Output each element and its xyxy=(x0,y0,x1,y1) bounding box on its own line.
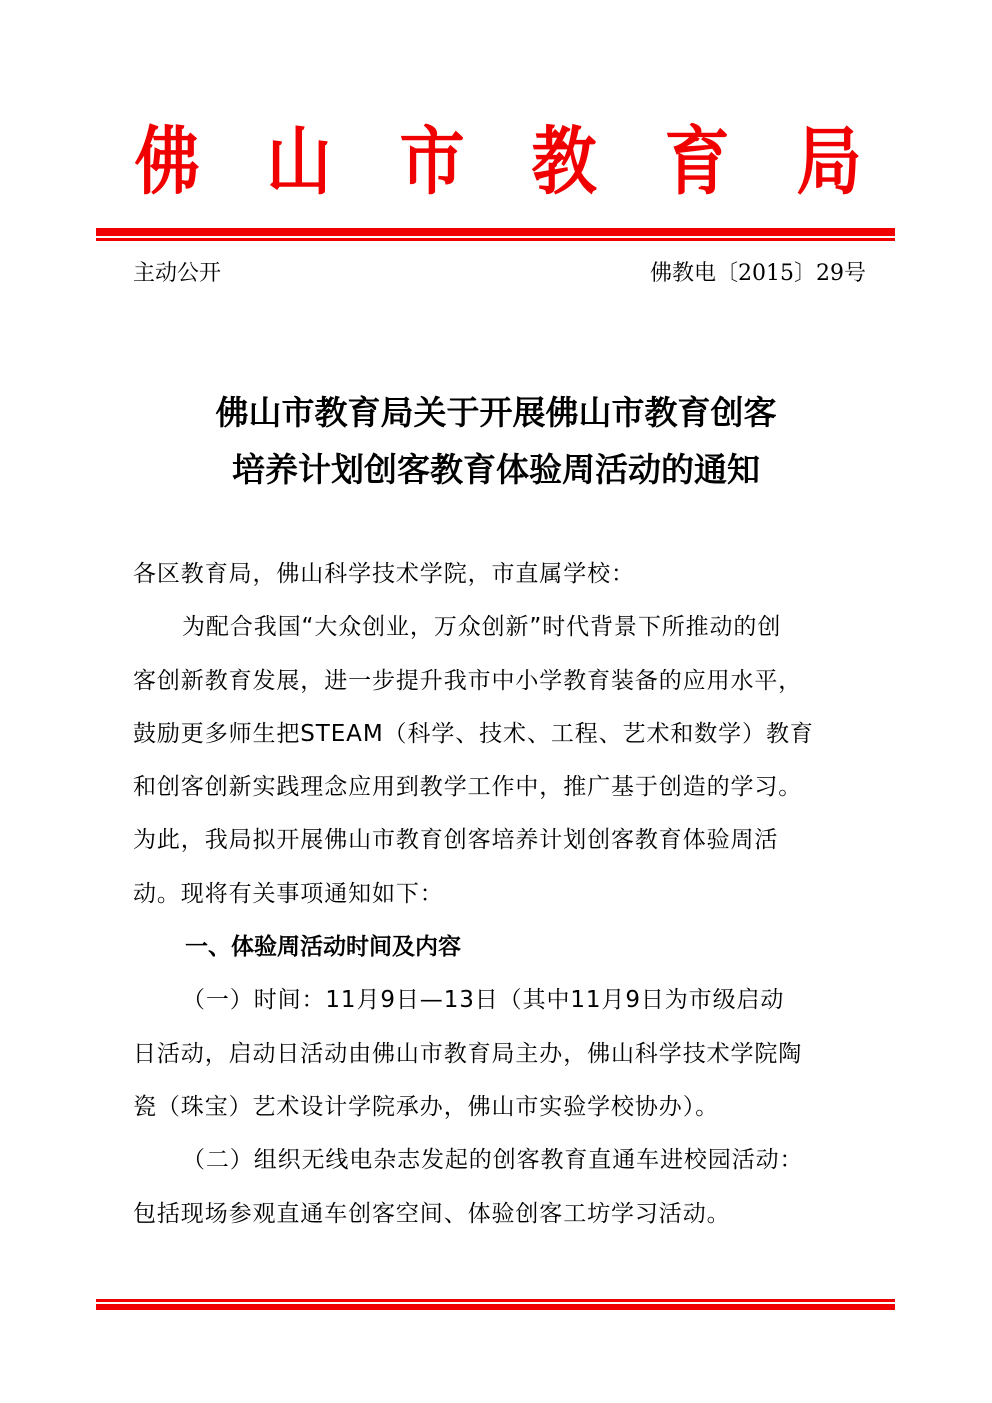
salutation: 各区教育局，佛山科学技术学院，市直属学校： xyxy=(133,548,873,601)
disclosure-label: 主动公开 xyxy=(133,256,221,287)
masthead-char: 教 xyxy=(532,125,597,199)
paragraph-line: 和创客创新实践理念应用到教学工作中，推广基于创造的学习。 xyxy=(133,761,873,814)
paragraph-line: 日活动，启动日活动由佛山市教育局主办，佛山科学技术学院陶 xyxy=(133,1028,873,1081)
masthead-char: 佛 xyxy=(134,125,199,199)
document-title: 佛山市教育局关于开展佛山市教育创客 培养计划创客教育体验周活动的通知 xyxy=(0,384,992,498)
masthead-char: 局 xyxy=(796,125,861,199)
masthead-char: 山 xyxy=(267,125,332,199)
section-heading: 一、体验周活动时间及内容 xyxy=(133,921,873,974)
masthead-char: 市 xyxy=(399,125,464,199)
paragraph-line: 客创新教育发展，进一步提升我市中小学教育装备的应用水平， xyxy=(133,655,873,708)
document-page: 佛 山 市 教 育 局 主动公开 佛教电〔2015〕29号 佛山市教育局关于开展… xyxy=(0,0,992,1403)
header-rule-thin xyxy=(96,238,895,241)
title-line: 佛山市教育局关于开展佛山市教育创客 xyxy=(0,384,992,441)
paragraph-line: （一）时间：11月9日—13日（其中11月9日为市级启动 xyxy=(133,974,873,1027)
paragraph-line: 为配合我国“大众创业，万众创新”时代背景下所推动的创 xyxy=(133,601,873,654)
paragraph-line: （二）组织无线电杂志发起的创客教育直通车进校园活动： xyxy=(133,1134,873,1187)
document-body: 各区教育局，佛山科学技术学院，市直属学校： 为配合我国“大众创业，万众创新”时代… xyxy=(133,548,873,1241)
paragraph-line: 为此，我局拟开展佛山市教育创客培养计划创客教育体验周活 xyxy=(133,814,873,867)
paragraph-line: 瓷（珠宝）艺术设计学院承办，佛山市实验学校协办）。 xyxy=(133,1081,873,1134)
document-number: 佛教电〔2015〕29号 xyxy=(650,256,866,287)
masthead: 佛 山 市 教 育 局 xyxy=(96,112,896,212)
footer-rule-thin xyxy=(96,1299,895,1302)
footer-rule-thick xyxy=(96,1304,895,1310)
document-meta: 主动公开 佛教电〔2015〕29号 xyxy=(133,254,866,288)
masthead-char: 育 xyxy=(664,125,729,199)
paragraph-line: 鼓励更多师生把STEAM（科学、技术、工程、艺术和数学）教育 xyxy=(133,708,873,761)
paragraph-line: 动。现将有关事项通知如下： xyxy=(133,868,873,921)
paragraph-line: 包括现场参观直通车创客空间、体验创客工坊学习活动。 xyxy=(133,1188,873,1241)
title-line: 培养计划创客教育体验周活动的通知 xyxy=(0,441,992,498)
header-rule-thick xyxy=(96,228,895,236)
